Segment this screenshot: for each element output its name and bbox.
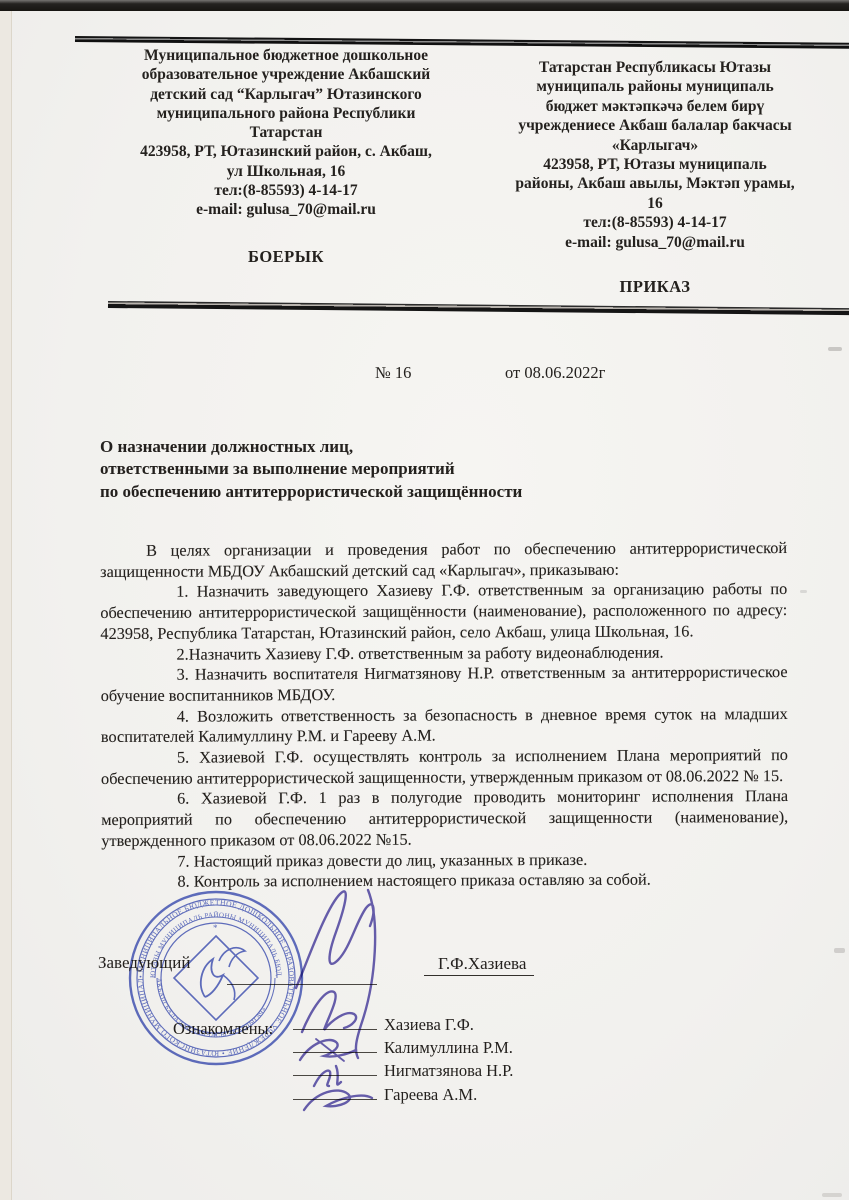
letterhead-line: тел:(8-85593) 4-14-17 <box>472 213 838 232</box>
letterhead-line: Муниципальное бюджетное дошкольное <box>110 46 462 65</box>
letterhead-line: районы, Акбаш авылы, Мәктәп урамы, <box>472 174 838 193</box>
scan-artifact <box>834 948 845 953</box>
order-date: от 08.06.2022г <box>505 363 605 383</box>
ack-signature-3 <box>314 1066 341 1086</box>
body-item-6: 6. Хазиевой Г.Ф. 1 раз в полугодие прово… <box>101 786 788 851</box>
order-label-tatar: БОЕРЫК <box>110 247 462 266</box>
letterhead-line: 423958, РТ, Ютазы муниципаль <box>472 155 838 174</box>
letterhead-line: 423958, РТ, Ютазинский район, с. Акбаш, <box>110 142 462 161</box>
order-title-line: по обеспечению антитеррористической защи… <box>100 481 700 503</box>
order-title-line: ответственными за выполнение мероприятий <box>100 458 700 480</box>
handwritten-signatures <box>230 860 480 1120</box>
letterhead-line: 16 <box>472 194 838 213</box>
body-item-2: 2.Назначить Хазиеву Г.Ф. ответственным з… <box>100 642 787 666</box>
ack-signature-4 <box>304 1091 372 1110</box>
letterhead-line: образовательное учреждение Акбашский <box>110 65 462 84</box>
letterhead-line: Татарстан Республикасы Ютазы <box>472 58 838 77</box>
scan-left-edge <box>0 11 12 1200</box>
letterhead-right: Татарстан Республикасы Ютазы муниципаль … <box>472 46 838 296</box>
stamp-star: * <box>213 1031 218 1041</box>
order-title: О назначении должностных лиц, ответствен… <box>100 436 700 503</box>
body-item-1: 1. Назначить заведующего Хазиеву Г.Ф. от… <box>100 579 787 644</box>
letterhead-line: детский сад “Карлыгач” Ютазинского <box>110 85 462 104</box>
letterhead-line: учреждениесе Акбаш балалар бакчасы <box>472 116 838 135</box>
order-body: В целях организации и проведения работ п… <box>100 538 789 893</box>
letterhead-bottom-rule <box>108 301 849 315</box>
scan-artifact <box>828 347 842 351</box>
scan-artifact <box>800 590 807 593</box>
order-title-line: О назначении должностных лиц, <box>100 436 700 458</box>
scan-top-edge <box>0 0 849 11</box>
letterhead-line: ул Школьная, 16 <box>110 162 462 181</box>
director-handwritten-signature <box>296 891 373 988</box>
letterhead-line: муниципаль районы муниципаль <box>472 77 838 96</box>
scanned-order-document: Муниципальное бюджетное дошкольное образ… <box>0 0 849 1200</box>
letterhead-line: муниципального района Республики <box>110 104 462 123</box>
letterhead-line: «Карлыгач» <box>472 136 838 155</box>
body-item-3: 3. Назначить воспитателя Нигматзянову Н.… <box>101 662 788 706</box>
letterhead-left: Муниципальное бюджетное дошкольное образ… <box>110 46 462 296</box>
letterhead-line: Татарстан <box>110 123 462 142</box>
order-number: № 16 <box>375 363 411 383</box>
ack-signature-2 <box>300 1040 356 1060</box>
body-item-4: 4. Возложить ответственность за безопасн… <box>101 704 788 748</box>
letterhead: Муниципальное бюджетное дошкольное образ… <box>110 46 838 296</box>
order-label-russian: ПРИКАЗ <box>472 277 838 296</box>
letterhead-line: e-mail: gulusa_70@mail.ru <box>472 233 838 252</box>
body-item-5: 5. Хазиевой Г.Ф. осуществлять контроль з… <box>101 745 788 789</box>
letterhead-line: e-mail: gulusa_70@mail.ru <box>110 200 462 219</box>
letterhead-line: бюджет мәктәпкәчә белем бирү <box>472 97 838 116</box>
scan-artifact <box>822 1193 842 1197</box>
body-intro: В целях организации и проведения работ п… <box>100 538 787 582</box>
ack-signature-1 <box>302 991 356 1032</box>
letterhead-line: тел:(8-85593) 4-14-17 <box>110 181 462 200</box>
stamp-star: * <box>213 923 218 933</box>
